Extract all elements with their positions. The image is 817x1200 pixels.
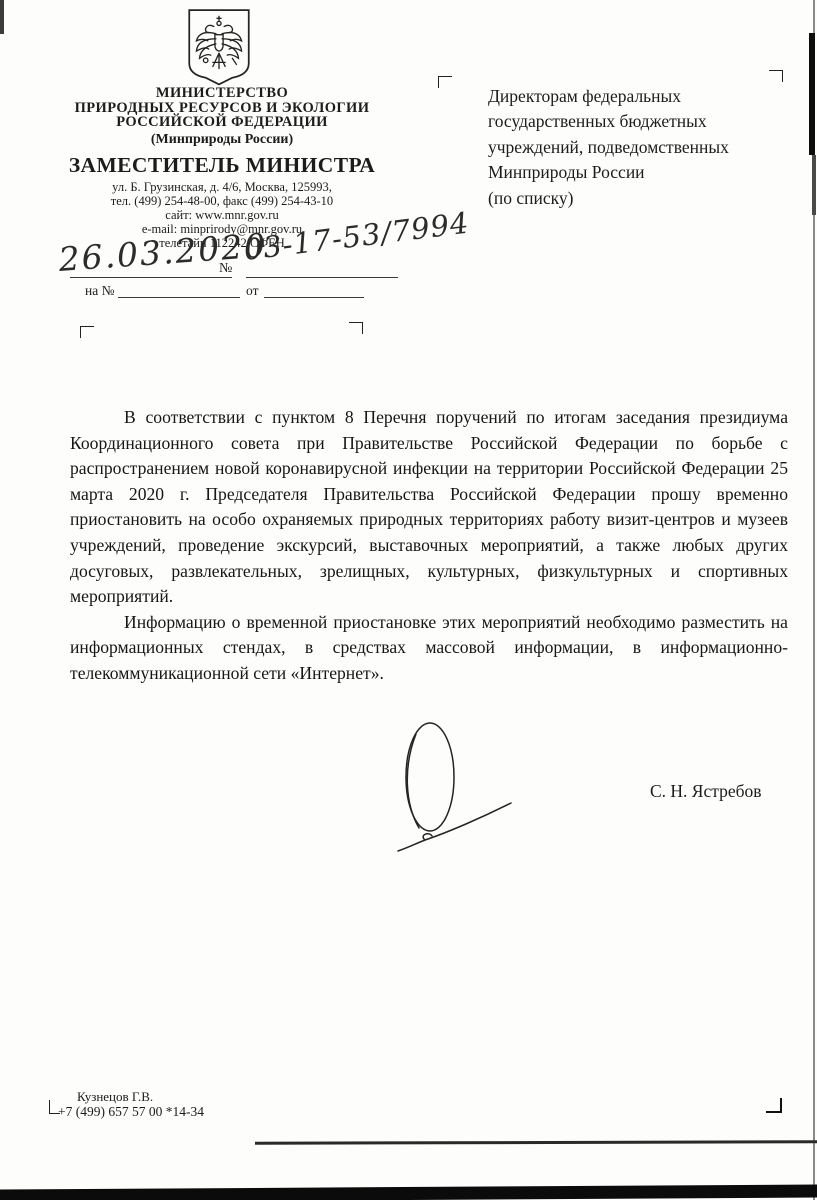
executor-phone: +7 (499) 657 57 00 *14-34 <box>58 1104 204 1120</box>
signer-name: С. Н. Ястребов <box>650 781 762 802</box>
recipient-corner-mark-close <box>769 70 783 82</box>
scan-artifact-right-edge-blob-2 <box>812 155 816 215</box>
address-frame-corner-mark-open <box>80 326 94 338</box>
reply-from-label: от <box>246 283 258 299</box>
recipient-line: государственных бюджетных <box>488 109 784 134</box>
scan-artifact-top-left-mark <box>0 0 4 34</box>
letter-body: В соответствии с пунктом 8 Перечня поруч… <box>70 405 788 687</box>
bottom-right-corner-mark <box>766 1098 782 1113</box>
scanned-letter-page: МИНИСТЕРСТВО ПРИРОДНЫХ РЕСУРСОВ И ЭКОЛОГ… <box>0 0 817 1200</box>
scan-artifact-right-edge-blob <box>809 33 815 155</box>
number-symbol: № <box>219 261 232 277</box>
reply-number-underline <box>118 297 240 298</box>
address-phone-fax: тел. (499) 254-48-00, факс (499) 254-43-… <box>20 194 424 208</box>
recipient-line: Директорам федеральных <box>488 84 784 109</box>
ministry-name-line2: ПРИРОДНЫХ РЕСУРСОВ И ЭКОЛОГИИ <box>20 101 424 116</box>
recipient-corner-mark-open <box>438 76 452 88</box>
recipient-line: (по списку) <box>488 186 784 211</box>
ministry-name-line3: РОССИЙСКОЙ ФЕДЕРАЦИИ <box>20 115 424 130</box>
ministry-short-name: (Минприроды России) <box>20 132 424 148</box>
handwritten-signature <box>385 712 520 857</box>
executor-name: Кузнецов Г.В. <box>77 1089 153 1104</box>
scan-artifact-thin-line <box>255 1140 817 1144</box>
date-underline <box>70 277 232 278</box>
scan-artifact-bottom-bar <box>0 1184 817 1200</box>
position-title: ЗАМЕСТИТЕЛЬ МИНИСТРА <box>20 153 424 177</box>
address-street: ул. Б. Грузинская, д. 4/6, Москва, 12599… <box>20 180 424 194</box>
body-paragraph-1: В соответствии с пунктом 8 Перечня поруч… <box>70 405 788 610</box>
recipient-block: Директорам федеральных государственных б… <box>488 84 784 211</box>
address-frame-corner-mark-close <box>349 322 363 334</box>
reply-date-underline <box>264 297 364 298</box>
ministry-name-line1: МИНИСТЕРСТВО <box>20 86 424 101</box>
body-paragraph-2: Информацию о временной приостановке этих… <box>70 610 788 687</box>
coat-of-arms-icon <box>186 7 252 87</box>
recipient-line: Минприроды России <box>488 160 784 185</box>
reply-to-label: на № <box>85 283 114 299</box>
recipient-line: учреждений, подведомственных <box>488 135 784 160</box>
number-underline <box>246 277 398 278</box>
